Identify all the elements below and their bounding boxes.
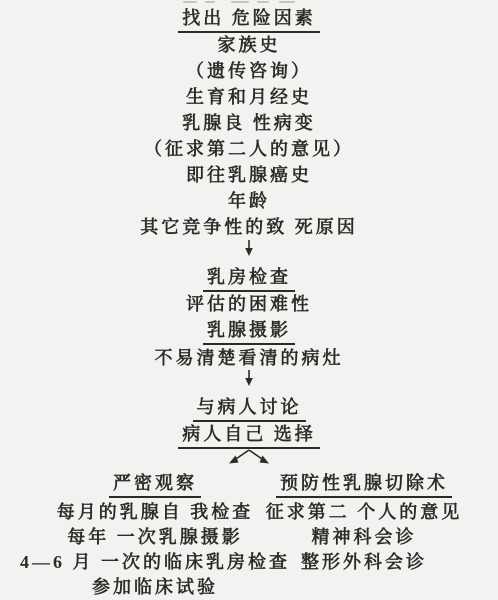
mastectomy-item-plastic-surgery-consult: 整形外科会诊 bbox=[264, 548, 464, 573]
discuss-title-text: 与病人讨论 bbox=[193, 393, 306, 422]
branch-prophylactic-mastectomy: 预防性乳腺切除术 征求第二 个人的意见 精神科会诊 整形外科会诊 bbox=[264, 468, 464, 573]
risk-item-benign-lesions: 乳腺良 性病变 bbox=[182, 109, 316, 135]
mastectomy-item-second-opinion: 征求第二 个人的意见 bbox=[264, 498, 464, 523]
branch-close-observation: 严密观察 每月的乳腺自 我检查 每年 一次乳腺摄影 4—6 月 一次的临床乳房检… bbox=[5, 468, 305, 598]
discuss-title: 与病人讨论 bbox=[193, 394, 306, 420]
observation-item-annual-mammogram: 每年 一次乳腺摄影 bbox=[5, 523, 305, 548]
risk-item-family-history: 家族史 bbox=[218, 31, 281, 57]
risk-section-title-text: 找出 危险因素 bbox=[178, 4, 320, 33]
decision-branches: 严密观察 每月的乳腺自 我检查 每年 一次乳腺摄影 4—6 月 一次的临床乳房检… bbox=[0, 468, 498, 600]
risk-item-genetic-counseling: （遗传咨询） bbox=[186, 57, 312, 83]
observation-item-clinical-trial: 参加临床试验 bbox=[5, 573, 305, 598]
mammo-note: 不易清楚看清的病灶 bbox=[155, 344, 344, 370]
patient-choice-title-text: 病人自己 选择 bbox=[178, 420, 320, 449]
exam-section-title-text: 乳房检查 bbox=[203, 263, 295, 292]
mastectomy-title: 预防性乳腺切除术 bbox=[264, 468, 464, 498]
mammo-section-title: 乳腺摄影 bbox=[203, 316, 295, 344]
risk-item-second-opinion: （征求第二人的意见） bbox=[144, 135, 354, 161]
observation-title: 严密观察 bbox=[5, 468, 305, 498]
exam-section-title: 乳房检查 bbox=[203, 264, 295, 290]
patient-choice-title: 病人自己 选择 bbox=[178, 420, 320, 448]
split-arrows-icon bbox=[221, 448, 277, 466]
mastectomy-item-psychiatry-consult: 精神科会诊 bbox=[264, 523, 464, 548]
risk-item-prior-breast-cancer: 即往乳腺癌史 bbox=[186, 161, 312, 187]
observation-item-clinical-exam: 4—6 月 一次的临床乳房检查 bbox=[5, 548, 305, 573]
mammo-section-title-text: 乳腺摄影 bbox=[203, 316, 295, 345]
risk-item-reproductive-history: 生育和月经史 bbox=[186, 83, 312, 109]
flowchart-canvas: 找出 危险因素 家族史 （遗传咨询） 生育和月经史 乳腺良 性病变 （征求第二人… bbox=[0, 0, 498, 600]
down-arrow-icon bbox=[243, 240, 255, 256]
exam-note: 评估的困难性 bbox=[186, 290, 312, 316]
down-arrow-icon bbox=[243, 370, 255, 386]
mastectomy-title-text: 预防性乳腺切除术 bbox=[276, 469, 452, 498]
main-flow-column: 找出 危险因素 家族史 （遗传咨询） 生育和月经史 乳腺良 性病变 （征求第二人… bbox=[0, 0, 498, 466]
risk-item-competing-causes: 其它竞争性的致 死原因 bbox=[140, 213, 358, 239]
observation-title-text: 严密观察 bbox=[109, 469, 201, 498]
risk-section-title: 找出 危险因素 bbox=[178, 5, 320, 31]
risk-item-age: 年龄 bbox=[228, 187, 270, 213]
observation-item-self-exam: 每月的乳腺自 我检查 bbox=[5, 498, 305, 523]
